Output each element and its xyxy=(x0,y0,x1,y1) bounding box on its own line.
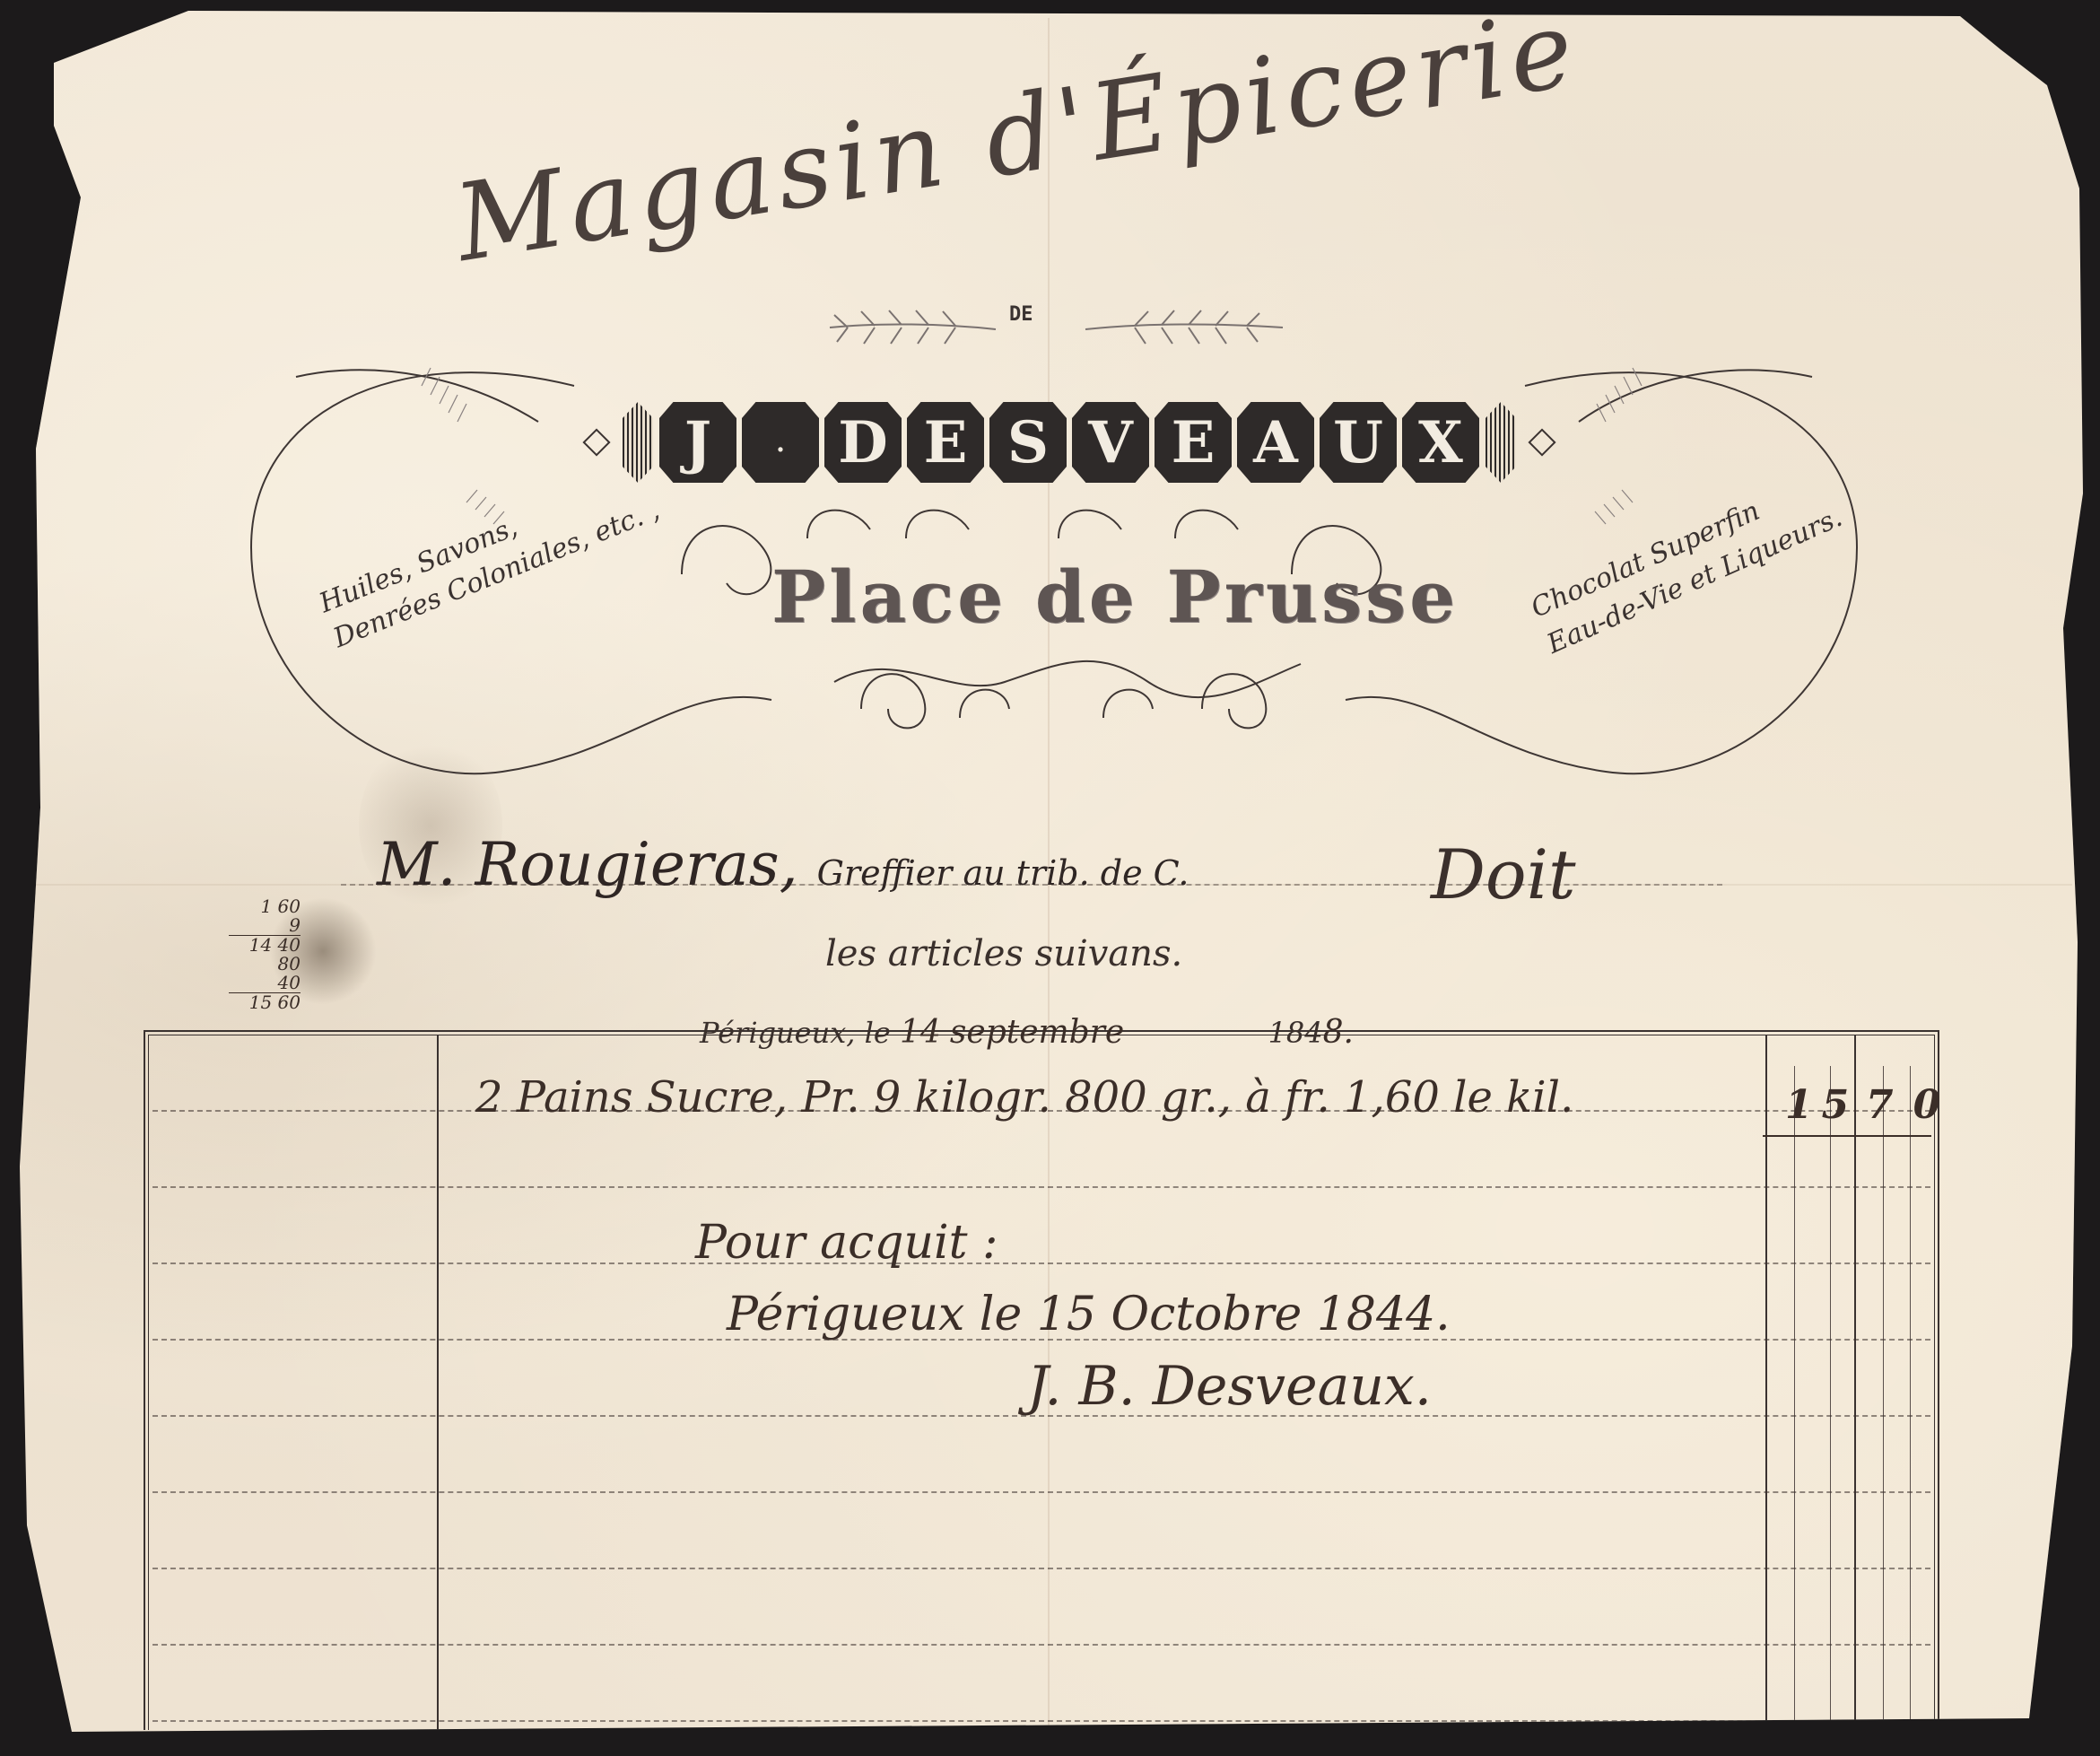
diamond-ornament-icon xyxy=(582,428,610,456)
calc-line: 1 60 xyxy=(229,897,301,916)
diamond-ornament-icon xyxy=(1528,428,1555,456)
row-rule xyxy=(152,1568,1930,1569)
date-day: 14 xyxy=(900,1014,941,1051)
addressee-name: Rougieras, xyxy=(475,830,798,899)
column-divider xyxy=(1794,1066,1795,1730)
calc-line: 9 xyxy=(229,916,301,935)
banner-letter: J xyxy=(659,402,736,483)
row-rule xyxy=(152,1491,1930,1493)
line-item-description: 2 Pains Sucre, Pr. 9 kilogr. 800 gr., à … xyxy=(475,1072,1573,1123)
column-divider xyxy=(1765,1035,1767,1730)
line-item-centimes: 70 xyxy=(1866,1082,1960,1128)
addressee-title: Greffier au trib. de C. xyxy=(817,853,1189,893)
invoice-paper: Magasin d'Épicerie DE J . D E S V E A U … xyxy=(0,0,2100,1756)
calc-line: 80 xyxy=(229,955,301,974)
banner-letter: A xyxy=(1237,402,1314,483)
signature: J. B. Desveaux. xyxy=(1027,1355,1432,1418)
date-month: septembre xyxy=(950,1014,1124,1051)
laurel-sprig-right-icon xyxy=(1081,301,1287,354)
addressee-subline: les articles suivans. xyxy=(825,933,1182,974)
calc-line: 40 xyxy=(229,974,301,992)
banner-end-ornament-icon xyxy=(1486,402,1516,483)
date-year-suffix: 8. xyxy=(1323,1014,1354,1051)
connector-de: DE xyxy=(1009,303,1033,326)
banner-letter: E xyxy=(907,402,984,483)
column-divider xyxy=(437,1035,439,1730)
amount-underline xyxy=(1763,1135,1931,1137)
column-divider xyxy=(1910,1066,1911,1730)
addressee-prefix: M. xyxy=(377,830,457,899)
calc-line: 14 40 xyxy=(229,935,301,955)
calc-line: 15 60 xyxy=(229,992,301,1012)
banner-letter: E xyxy=(1155,402,1232,483)
column-divider xyxy=(1854,1035,1856,1730)
row-rule xyxy=(152,1720,1930,1722)
receipt-acquit: Pour acquit : xyxy=(695,1216,998,1270)
date-year-prefix: 184 xyxy=(1268,1016,1323,1050)
laurel-sprig-left-icon xyxy=(821,301,1000,354)
banner-letter: X xyxy=(1402,402,1479,483)
addressee: M. Rougieras, Greffier au trib. de C. xyxy=(377,830,1189,899)
line-item-francs: 15 xyxy=(1785,1082,1858,1128)
invoice-date: Périgueux, le 14 septembre 1848. xyxy=(700,1014,1354,1051)
addressee-verb: Doit xyxy=(1431,834,1576,914)
banner-letter: . xyxy=(742,402,819,483)
banner-letter: S xyxy=(989,402,1067,483)
banner-letter: V xyxy=(1072,402,1149,483)
row-rule xyxy=(152,1644,1930,1646)
column-divider xyxy=(1830,1066,1831,1730)
row-rule xyxy=(152,1186,1930,1188)
shop-address: Place de Prusse xyxy=(771,555,1459,639)
column-divider xyxy=(1883,1066,1884,1730)
row-rule xyxy=(152,1262,1930,1264)
banner-letter: D xyxy=(824,402,902,483)
date-place: Périgueux, le xyxy=(700,1016,891,1050)
receipt-date: Périgueux le 15 Octobre 1844. xyxy=(727,1288,1451,1341)
banner-letter: U xyxy=(1320,402,1397,483)
margin-calculation: 1 60 9 14 40 80 40 15 60 xyxy=(229,897,301,1012)
proprietor-banner: J . D E S V E A U X xyxy=(574,402,1564,483)
